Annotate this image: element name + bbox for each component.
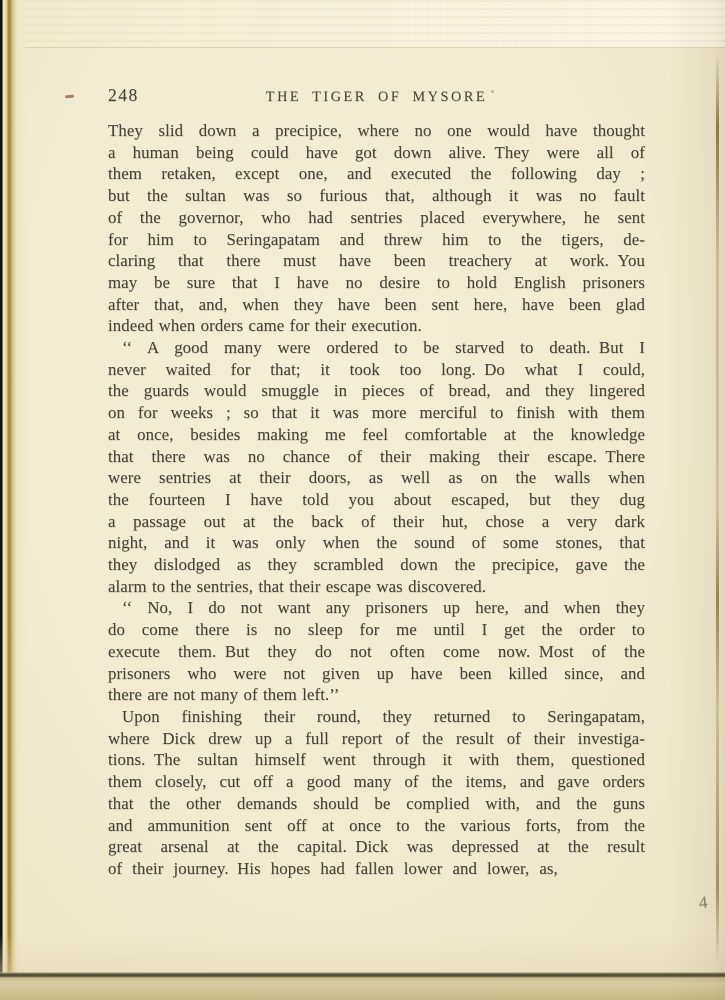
text-line: great arsenal at the capital. Dick was d… [108, 836, 645, 858]
text-line: where Dick drew up a full report of the … [108, 728, 645, 750]
text-line: of the governor, who had sentries placed… [108, 207, 645, 229]
body-text: They slid down a precipice, where no one… [108, 120, 645, 880]
page-right-shading [665, 0, 725, 1000]
paragraph: ‘‘ A good many were ordered to be starve… [108, 337, 645, 597]
text-line: the fourteen I have told you about escap… [108, 489, 645, 511]
text-line: them retaken, except one, and executed t… [108, 163, 645, 185]
text-line: tions. The sultan himself went through i… [108, 749, 645, 771]
text-line: there are not many of them left.’’ [108, 684, 645, 706]
text-line: prisoners who were not given up have bee… [108, 663, 645, 685]
book-spine-edge [0, 0, 30, 1000]
text-line: for him to Seringapatam and threw him to… [108, 229, 645, 251]
text-line: were sentries at their doors, as well as… [108, 467, 645, 489]
text-line: never waited for that; it took too long.… [108, 359, 645, 381]
text-line: a human being could have got down alive.… [108, 142, 645, 164]
book-page-scan: 248 THE TIGER OF MYSORE They slid down a… [0, 0, 725, 1000]
corner-pencil-numeral: 4 [698, 893, 709, 914]
text-line: do come there is no sleep for me until I… [108, 619, 645, 641]
text-line: ‘‘ No, I do not want any prisoners up he… [108, 597, 645, 619]
text-line: night, and it was only when the sound of… [108, 532, 645, 554]
text-line: on for weeks ; so that it was more merci… [108, 402, 645, 424]
text-line: Upon finishing their round, they returne… [108, 706, 645, 728]
text-line: they dislodged as they scrambled down th… [108, 554, 645, 576]
running-title: THE TIGER OF MYSORE [108, 89, 645, 106]
text-line: They slid down a precipice, where no one… [108, 120, 645, 142]
text-line: indeed when orders came for their execut… [108, 315, 645, 337]
text-line: ‘‘ A good many were ordered to be starve… [108, 337, 645, 359]
text-line: claring that there must have been treach… [108, 250, 645, 272]
text-line: at once, besides making me feel comforta… [108, 424, 645, 446]
paragraph: Upon finishing their round, they returne… [108, 706, 645, 880]
page-stack-top-edge [14, 0, 725, 48]
page-header: 248 THE TIGER OF MYSORE [108, 85, 645, 107]
text-line: alarm to the sentries, that their escape… [108, 576, 645, 598]
text-line: them closely, cut off a good many of the… [108, 771, 645, 793]
paragraph: They slid down a precipice, where no one… [108, 120, 645, 337]
margin-pencil-dash [65, 95, 74, 98]
text-line: of their journey. His hopes had fallen l… [108, 858, 645, 880]
text-line: after that, and, when they have been sen… [108, 294, 645, 316]
page-stack-bottom-edge [0, 972, 725, 1000]
text-line: that the other demands should be complie… [108, 793, 645, 815]
paragraph: ‘‘ No, I do not want any prisoners up he… [108, 597, 645, 706]
text-line: that there was no chance of their making… [108, 446, 645, 468]
text-line: and ammunition sent off at once to the v… [108, 815, 645, 837]
text-line: the guards would smuggle in pieces of br… [108, 380, 645, 402]
text-line: may be sure that I have no desire to hol… [108, 272, 645, 294]
text-line: a passage out at the back of their hut, … [108, 511, 645, 533]
page-bottom-shading [0, 934, 725, 974]
text-line: but the sultan was so furious that, alth… [108, 185, 645, 207]
text-line: execute them. But they do not often come… [108, 641, 645, 663]
ink-speck [491, 90, 494, 93]
